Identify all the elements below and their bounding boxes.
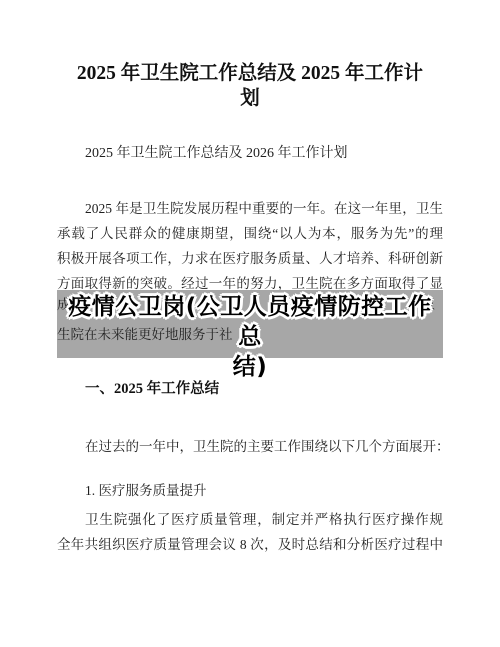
document-title: 2025 年卫生院工作总结及 2025 年工作计 划 (57, 61, 443, 111)
document-subtitle: 2025 年卫生院工作总结及 2026 年工作计划 (57, 144, 471, 164)
watermark-overlay-title: 疫情公卫岗(公卫人员疫情防控工作总 结) (57, 292, 443, 382)
document-title-line-1: 2025 年卫生院工作总结及 2025 年工作计 (57, 61, 443, 86)
paragraph-line: 2025 年是卫生院发展历程中重要的一年。在这一年里，卫生院 (57, 196, 443, 221)
paragraph-line: 积极开展各项工作，力求在医疗服务质量、人才培养、科研创新等 (57, 246, 443, 271)
paragraph-line: 承载了人民群众的健康期望，围绕“以人为本，服务为先”的理念， (57, 221, 443, 246)
item-heading-medical-quality: 1. 医疗服务质量提升 (57, 481, 471, 501)
paragraph-line: 卫生院强化了医疗质量管理，制定并严格执行医疗操作规范。 (57, 507, 443, 532)
summary-paragraph: 2025 年是卫生院发展历程中重要的一年。在这一年里，卫生院 承载了人民群众的健… (57, 196, 443, 296)
watermark-overlay-line-1: 疫情公卫岗(公卫人员疫情防控工作总 (57, 292, 443, 352)
document-page: 2025 年卫生院工作总结及 2025 年工作计 划 2025 年卫生院工作总结… (0, 0, 500, 647)
section-heading-work-summary: 一、2025 年工作总结 (57, 378, 471, 400)
document-title-line-2: 划 (57, 86, 443, 111)
section-intro-line: 在过去的一年中，卫生院的主要工作围绕以下几个方面展开： (57, 437, 471, 457)
medical-quality-paragraph: 卫生院强化了医疗质量管理，制定并严格执行医疗操作规范。 全年共组织医疗质量管理会… (57, 507, 443, 557)
paragraph-line: 全年共组织医疗质量管理会议 8 次，及时总结和分析医疗过程中的 (57, 532, 443, 557)
watermark-band: 成 保卫 生院在未来能更好地服务于社 疫情公卫岗(公卫人员疫情防控工作总 结) (57, 290, 443, 358)
